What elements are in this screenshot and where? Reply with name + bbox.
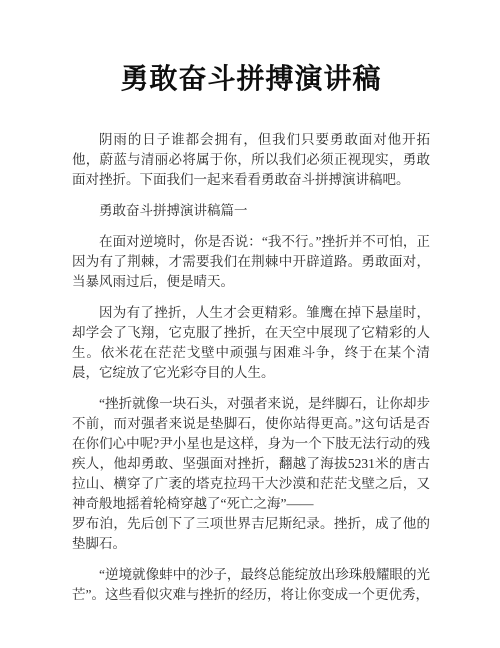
paragraph-intro: 阴雨的日子谁都会拥有，但我们只要勇敢面对他开拓他，蔚蓝与清丽必将属于你，所以我们… (72, 130, 430, 190)
paragraph-facing-adversity: 在面对逆境时，你是否说：“我不行。”挫折并不可怕，正因为有了荆棘，才需要我们在荆… (72, 232, 430, 292)
section-heading-part-one: 勇敢奋斗拼搏演讲稿篇一 (72, 201, 430, 221)
paragraph-eagle-and-yimi-flower: 因为有了挫折，人生才会更精彩。雏鹰在掉下悬崖时，却学会了飞翔，它克服了挫折，在天… (72, 303, 430, 383)
document-title: 勇敢奋斗拼搏演讲稿 (72, 62, 430, 96)
paragraph-luobupo-continuation: 罗布泊，先后创下了三项世界吉尼斯纪录。挫折，成了他的垫脚石。 (72, 514, 430, 554)
paragraph-pearl-in-oyster-quote: “逆境就像蚌中的沙子，最终总能绽放出珍珠般耀眼的光芒”。这些看似灾难与挫折的经历… (72, 565, 430, 605)
paragraph-stumbling-stone-quote: “挫折就像一块石头，对强者来说，是绊脚石，让你却步不前，而对强者来说是垫脚石，使… (72, 394, 430, 514)
document-page: 勇敢奋斗拼搏演讲稿 阴雨的日子谁都会拥有，但我们只要勇敢面对他开拓他，蔚蓝与清丽… (0, 0, 500, 648)
